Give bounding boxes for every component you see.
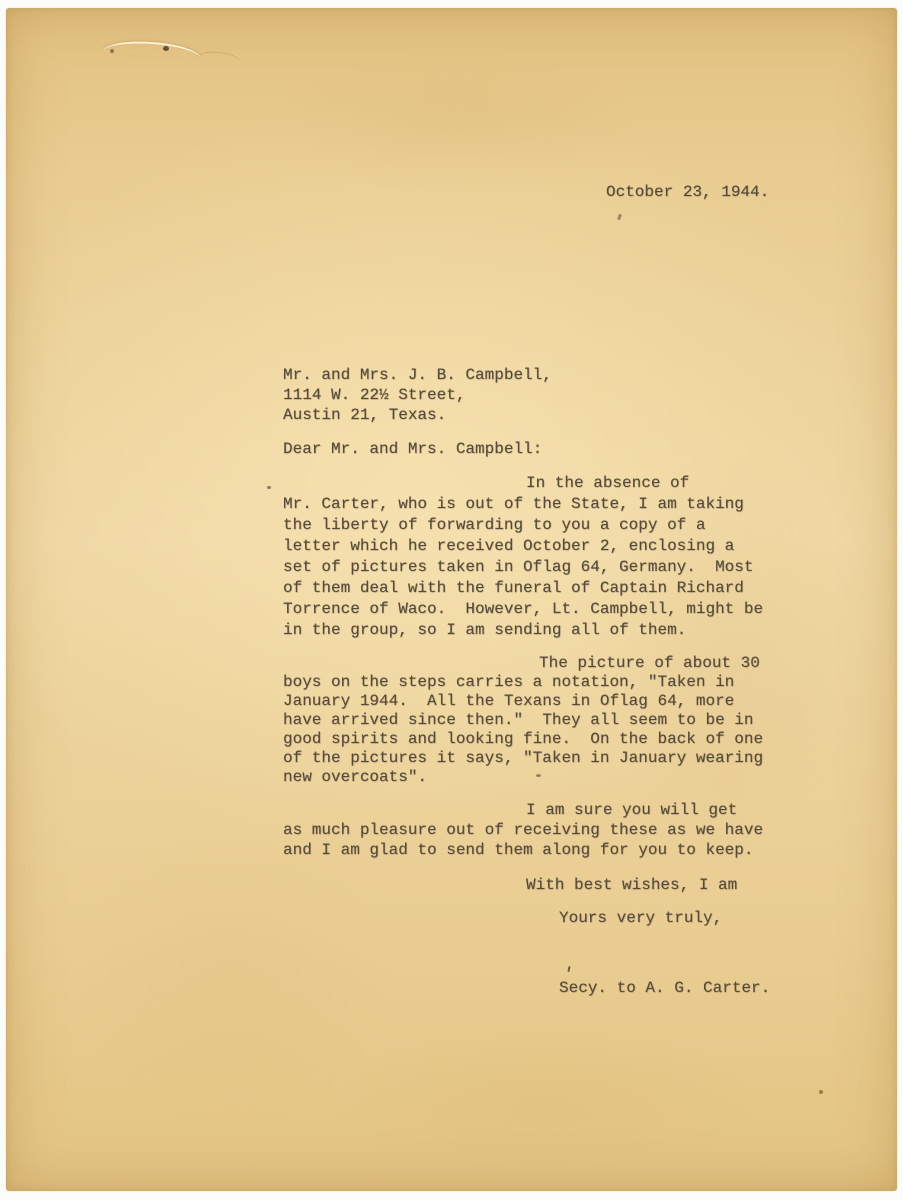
typed-line: Torrence of Waco. However, Lt. Campbell,…: [283, 599, 763, 620]
recipient-address: Mr. and Mrs. J. B. Campbell,1114 W. 22½ …: [283, 365, 552, 425]
date-line: October 23, 1944.: [606, 182, 769, 202]
signature-line: Secy. to A. G. Carter.: [559, 978, 770, 998]
paper-crease-mark: [196, 50, 243, 64]
letter-paper: October 23, 1944. Mr. and Mrs. J. B. Cam…: [6, 8, 897, 1191]
typed-line: in the group, so I am sending all of the…: [283, 620, 763, 641]
paper-stain: [266, 48, 646, 198]
typed-line: of the pictures it says, "Taken in Janua…: [283, 749, 763, 768]
paragraph-2: The picture of about 30boys on the steps…: [283, 654, 763, 787]
closing-line: With best wishes, I am: [526, 875, 737, 895]
paper-speck: [110, 49, 114, 53]
paper-crease-mark: [102, 39, 203, 60]
typed-line: boys on the steps carries a notation, "T…: [283, 673, 763, 692]
typed-line: In the absence of: [526, 473, 763, 494]
salutation: Dear Mr. and Mrs. Campbell:: [283, 439, 542, 459]
paper-stain: [66, 828, 396, 1128]
paper-speck: [267, 486, 271, 489]
paper-speck: [163, 46, 169, 51]
typed-line: The picture of about 30: [539, 654, 763, 673]
typed-line: good spirits and looking fine. On the ba…: [283, 730, 763, 749]
typed-line: Austin 21, Texas.: [283, 405, 552, 425]
typed-line: Mr. and Mrs. J. B. Campbell,: [283, 365, 552, 385]
typed-line: set of pictures taken in Oflag 64, Germa…: [283, 557, 763, 578]
typed-line: letter which he received October 2, encl…: [283, 536, 763, 557]
paragraph-1: In the absence ofMr. Carter, who is out …: [283, 473, 763, 641]
paper-speck: [819, 1090, 823, 1094]
typed-line: Mr. Carter, who is out of the State, I a…: [283, 494, 763, 515]
complimentary-close: Yours very truly,: [559, 908, 722, 928]
typed-line: as much pleasure out of receiving these …: [283, 820, 763, 840]
typed-line: January 1944. All the Texans in Oflag 64…: [283, 692, 763, 711]
typed-line: the liberty of forwarding to you a copy …: [283, 515, 763, 536]
typed-line: 1114 W. 22½ Street,: [283, 385, 552, 405]
typed-line: have arrived since then." They all seem …: [283, 711, 763, 730]
paper-stain: [336, 1028, 756, 1178]
stray-type-mark: [617, 214, 622, 221]
scanned-letter-page: October 23, 1944. Mr. and Mrs. J. B. Cam…: [0, 0, 903, 1200]
typed-line: and I am glad to send them along for you…: [283, 840, 763, 860]
typed-line: of them deal with the funeral of Captain…: [283, 578, 763, 599]
stray-type-mark: [567, 966, 570, 972]
paragraph-3: I am sure you will getas much pleasure o…: [283, 800, 763, 860]
typed-line: new overcoats".: [283, 768, 763, 787]
typed-line: I am sure you will get: [526, 800, 763, 820]
